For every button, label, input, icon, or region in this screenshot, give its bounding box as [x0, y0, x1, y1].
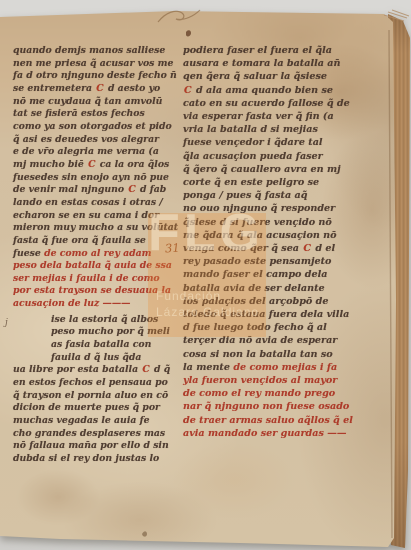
manuscript-line: fa d otro njnguno deste fecho n̄	[13, 70, 171, 83]
manuscript-line: ise la estoria q̃ albos	[13, 314, 171, 327]
ink-text: peso mucho por q̃ meli	[51, 326, 170, 337]
ink-text: d el	[312, 243, 335, 254]
manuscript-line: rey pasado este pensamjeto	[183, 255, 355, 268]
ink-text: los palaçios del arçobpō de	[183, 296, 328, 307]
ink-text: podiera faser el fuera el q̃la	[183, 45, 332, 56]
ink-text: via esperar fasta ver q̃ fin (a	[183, 111, 334, 122]
calderon-mark: C	[302, 243, 312, 254]
ink-text: cho grandes desplaseres mas	[13, 428, 165, 439]
ink-text: quando demjs manos salliese	[13, 45, 165, 56]
ink-text: q̃ trayson el pornia aluo en cō	[13, 390, 168, 401]
manuscript-line: peso dela batalla q̃ auia de ssa	[13, 260, 171, 273]
ink-text: fuesedes sin enojo ayn nō pue	[13, 172, 169, 183]
manuscript-line: corte q̃ en este peligro se	[183, 176, 355, 189]
manuscript-line: ser mejias i fauila i de como	[13, 273, 171, 286]
ink-text: fa d otro njnguno deste fecho n̄	[13, 70, 177, 81]
manuscript-line: fuese vençedor i q̃dare tal	[183, 136, 355, 149]
watermark-overlay: FLG Fundación Lázaro Galdiano	[148, 213, 266, 337]
manuscript-line: mj mucho biē C ca la ora q̃los	[13, 159, 171, 172]
manuscript-line: me q̃dara q̃ ala acusaçion nō	[183, 229, 355, 242]
ink-text: d q̃	[151, 364, 170, 375]
ink-text: nō fallaua man̄a por ello d sin	[13, 440, 169, 451]
manuscript-line: ua libre por esta batalla C d q̃	[13, 364, 171, 377]
manuscript-line: acusaçion de luz ———	[13, 298, 171, 311]
photo-backdrop: quando demjs manos salliesenen me priesa…	[0, 0, 411, 550]
manuscript-line: de traer armas saluo aq̃llos q̃ el	[183, 414, 355, 427]
ink-text: ise la estoria q̃ albos	[51, 314, 158, 325]
ink-text: q̃ q̃ero q̃ cauallero avra en mj	[183, 164, 341, 175]
ink-text: toledo q̃ estaua fuera dela villa	[183, 309, 349, 320]
ink-text: ca la ora q̃los	[96, 159, 169, 170]
rubric-text: avia mandado ser guardas ——	[183, 428, 346, 439]
manuscript-line: nō fallaua man̄a por ello d sin	[13, 440, 171, 453]
calderon-mark: C	[87, 159, 96, 170]
manuscript-line: ausara e tomara la batalla an̄	[183, 57, 355, 70]
ink-text: ausara e tomara la batalla an̄	[183, 58, 340, 69]
watermark-initials: FLG	[148, 213, 266, 261]
manuscript-line: quando demjs manos salliese	[13, 45, 171, 58]
ink-text: d fab	[137, 184, 167, 195]
ink-text: de venir mal njnguno	[13, 184, 127, 195]
watermark-foundation-name-line2: Lázaro Galdiano	[156, 305, 259, 319]
left-text-column: quando demjs manos salliesenen me priesa…	[13, 45, 171, 466]
manuscript-line: via esperar fasta ver q̃ fin (a	[183, 110, 355, 123]
manuscript-line: C d ala ama quando bien se	[183, 84, 355, 97]
manuscript-line: as fasia batalla con	[13, 339, 171, 352]
ink-text: dicion de muerte pues q̃ por	[13, 402, 160, 413]
manuscript-line: vria la batalla d si mejias	[183, 123, 355, 136]
ink-text: q̃siese d si fuere vençido nō	[183, 217, 332, 228]
ink-text: dubda si el rey don justas lo	[13, 453, 159, 464]
manuscript-line: cho grandes desplaseres mas	[13, 428, 171, 441]
manuscript-line: fuesedes sin enojo ayn nō pue	[13, 172, 171, 185]
ink-text: en estos fechos el pensaua po	[13, 377, 168, 388]
ink-text: fuese vençedor i q̃dare tal	[183, 137, 323, 148]
rubric-text: de como al rey adam	[44, 248, 151, 259]
ink-text: venga como q̃er q̃ sea	[183, 243, 302, 254]
manuscript-line: e de vr̄o alegria me verna (a	[13, 146, 171, 159]
manuscript-line: muchas vegadas le auia fe	[13, 415, 171, 428]
manuscript-line: lando en estas cosas i otras /	[13, 197, 171, 210]
rubric-text: ser mejias i fauila i de como	[13, 273, 160, 284]
manuscript-line: d fue luego todo fecho q̃ al	[183, 321, 355, 334]
manuscript-line: podiera faser el fuera el q̃la	[183, 44, 355, 57]
manuscript-line: avia mandado ser guardas ——	[183, 427, 355, 440]
manuscript-line: mando faser el campo dela	[183, 268, 355, 281]
ink-text: q̃ asi es deuedes vos alegrar	[13, 134, 159, 145]
ink-text: e de vr̄o alegria me verna (a	[13, 146, 159, 157]
ink-text: cato en su acuerdo fallose q̃ de	[183, 98, 350, 109]
manuscript-line: como ya son otorgados et pido	[13, 121, 171, 134]
ink-text: como ya son otorgados et pido	[13, 121, 172, 132]
calderon-mark: C	[127, 184, 136, 195]
ink-text: la mente	[183, 362, 233, 373]
manuscript-line: batalla avia de ser delante	[183, 282, 355, 295]
manuscript-line: yla fueron vençidos al mayor	[183, 374, 355, 387]
manuscript-line: q̃ trayson el pornia aluo en cō	[13, 390, 171, 403]
ink-text: terçer dia nō avia de esperar	[183, 335, 337, 346]
manuscript-line: qen q̃era q̃ saluar la q̃siese	[183, 70, 355, 83]
right-text-column: podiera faser el fuera el q̃laausara e t…	[183, 44, 355, 440]
manuscript-line: q̃ asi es deuedes vos alegrar	[13, 134, 171, 147]
calderon-mark: C	[141, 364, 150, 375]
manuscript-line: q̃siese d si fuere vençido nō	[183, 216, 355, 229]
manuscript-line: ponga / pues q̃ fasta aq̃	[183, 189, 355, 202]
manuscript-line: en estos fechos el pensaua po	[13, 377, 171, 390]
ink-text: fasta q̃ fue ora q̃ fauila se	[13, 235, 146, 246]
ink-text: fuese	[13, 248, 44, 259]
manuscript-line: q̃ q̃ero q̃ cauallero avra en mj	[183, 163, 355, 176]
ink-text: ponga / pues q̃ fasta aq̃	[183, 190, 307, 201]
ink-text: as fasia batalla con	[51, 339, 151, 350]
calderon-mark: C	[95, 83, 104, 94]
ink-text: mieron muy mucho a su volūtat	[13, 222, 178, 233]
ink-text: ua libre por esta batalla	[13, 364, 141, 375]
ink-text: corte q̃ en este peligro se	[183, 177, 319, 188]
manuscript-line: de como el rey mando prego	[183, 387, 355, 400]
ink-text: mj mucho biē	[13, 159, 87, 170]
ink-text: d aesto yo	[105, 83, 160, 94]
rubric-text: yla fueron vençidos al mayor	[183, 375, 337, 386]
rubric-text: de como el rey mando prego	[183, 388, 335, 399]
manuscript-line: terçer dia nō avia de esperar	[183, 334, 355, 347]
rubric-text: peso dela batalla q̃ auia de ssa	[13, 260, 172, 271]
manuscript-line: la mente de como mejias i fa	[183, 361, 355, 374]
ink-text: nō me cuydaua q̃ tan amvolū	[13, 96, 162, 107]
rubric-text: acusaçion de luz ———	[13, 298, 130, 309]
ink-text: vria la batalla d si mejias	[183, 124, 318, 135]
manuscript-line: fauila d q̃ lus q̃da	[13, 352, 171, 365]
manuscript-line: toledo q̃ estaua fuera dela villa	[183, 308, 355, 321]
ink-text: rey pasado este pensamjeto	[183, 256, 331, 267]
ink-text: me q̃dara q̃ ala acusaçion nō	[183, 230, 337, 241]
manuscript-line: de venir mal njnguno C d fab	[13, 184, 171, 197]
manuscript-line: cato en su acuerdo fallose q̃ de	[183, 97, 355, 110]
rubric-text: por esta trayson se desuaua la	[13, 285, 171, 296]
manuscript-book: quando demjs manos salliesenen me priesa…	[0, 0, 411, 550]
manuscript-page: quando demjs manos salliesenen me priesa…	[0, 0, 411, 550]
ink-text: muchas vegadas le auia fe	[13, 415, 150, 426]
manuscript-line: q̃la acusaçion pueda faser	[183, 150, 355, 163]
ink-text: q̃la acusaçion pueda faser	[183, 151, 323, 162]
ink-text: cosa si non la batalla tan so	[183, 349, 333, 360]
ink-text: mando faser el campo dela	[183, 269, 327, 280]
manuscript-line: por esta trayson se desuaua la	[13, 285, 171, 298]
manuscript-line: dubda si el rey don justas lo	[13, 453, 171, 466]
ink-text: echaron se en su cama i dor	[13, 210, 159, 221]
manuscript-line: echaron se en su cama i dor	[13, 210, 171, 223]
manuscript-line: mieron muy mucho a su volūtat	[13, 222, 171, 235]
ink-text: d fue luego todo fecho q̃ al	[183, 322, 327, 333]
ink-text: no ouo njnguno q̃ responder	[183, 203, 335, 214]
ink-text: qen q̃era q̃ saluar la q̃siese	[183, 71, 327, 82]
manuscript-line: los palaçios del arçobpō de	[183, 295, 355, 308]
folio-number: 31	[165, 241, 181, 256]
ink-text: d ala ama quando bien se	[193, 85, 333, 96]
ink-text: tat se fisierā estos fechos	[13, 108, 145, 119]
manuscript-line: no ouo njnguno q̃ responder	[183, 202, 355, 215]
manuscript-line: fasta q̃ fue ora q̃ fauila se	[13, 235, 171, 248]
manuscript-line: nar q̃ njnguno non fuese osado	[183, 400, 355, 413]
margin-guide-letter: j	[5, 318, 8, 328]
rubric-text: de traer armas saluo aq̃llos q̃ el	[183, 415, 353, 426]
rubric-text: de como mejias i fa	[233, 362, 337, 373]
ink-text: se entremetera	[13, 83, 95, 94]
manuscript-line: peso mucho por q̃ meli	[13, 326, 171, 339]
watermark-foundation-name-line1: Fundación	[156, 289, 221, 303]
manuscript-line: dicion de muerte pues q̃ por	[13, 402, 171, 415]
ink-text: fauila d q̃ lus q̃da	[51, 352, 141, 363]
manuscript-line: se entremetera C d aesto yo	[13, 83, 171, 96]
manuscript-line: nō me cuydaua q̃ tan amvolū	[13, 96, 171, 109]
manuscript-line: nen me priesa q̃ acusar vos me	[13, 58, 171, 71]
ink-text: lando en estas cosas i otras /	[13, 197, 163, 208]
rubric-text: nar q̃ njnguno non fuese osado	[183, 401, 349, 412]
manuscript-line: cosa si non la batalla tan so	[183, 348, 355, 361]
calderon-mark: C	[183, 85, 193, 96]
ink-text: batalla avia de ser delante	[183, 283, 325, 294]
manuscript-line: fuese de como al rey adam	[13, 248, 171, 261]
manuscript-line: tat se fisierā estos fechos	[13, 108, 171, 121]
manuscript-line: venga como q̃er q̃ sea C d el	[183, 242, 355, 255]
ink-text: nen me priesa q̃ acusar vos me	[13, 58, 173, 69]
